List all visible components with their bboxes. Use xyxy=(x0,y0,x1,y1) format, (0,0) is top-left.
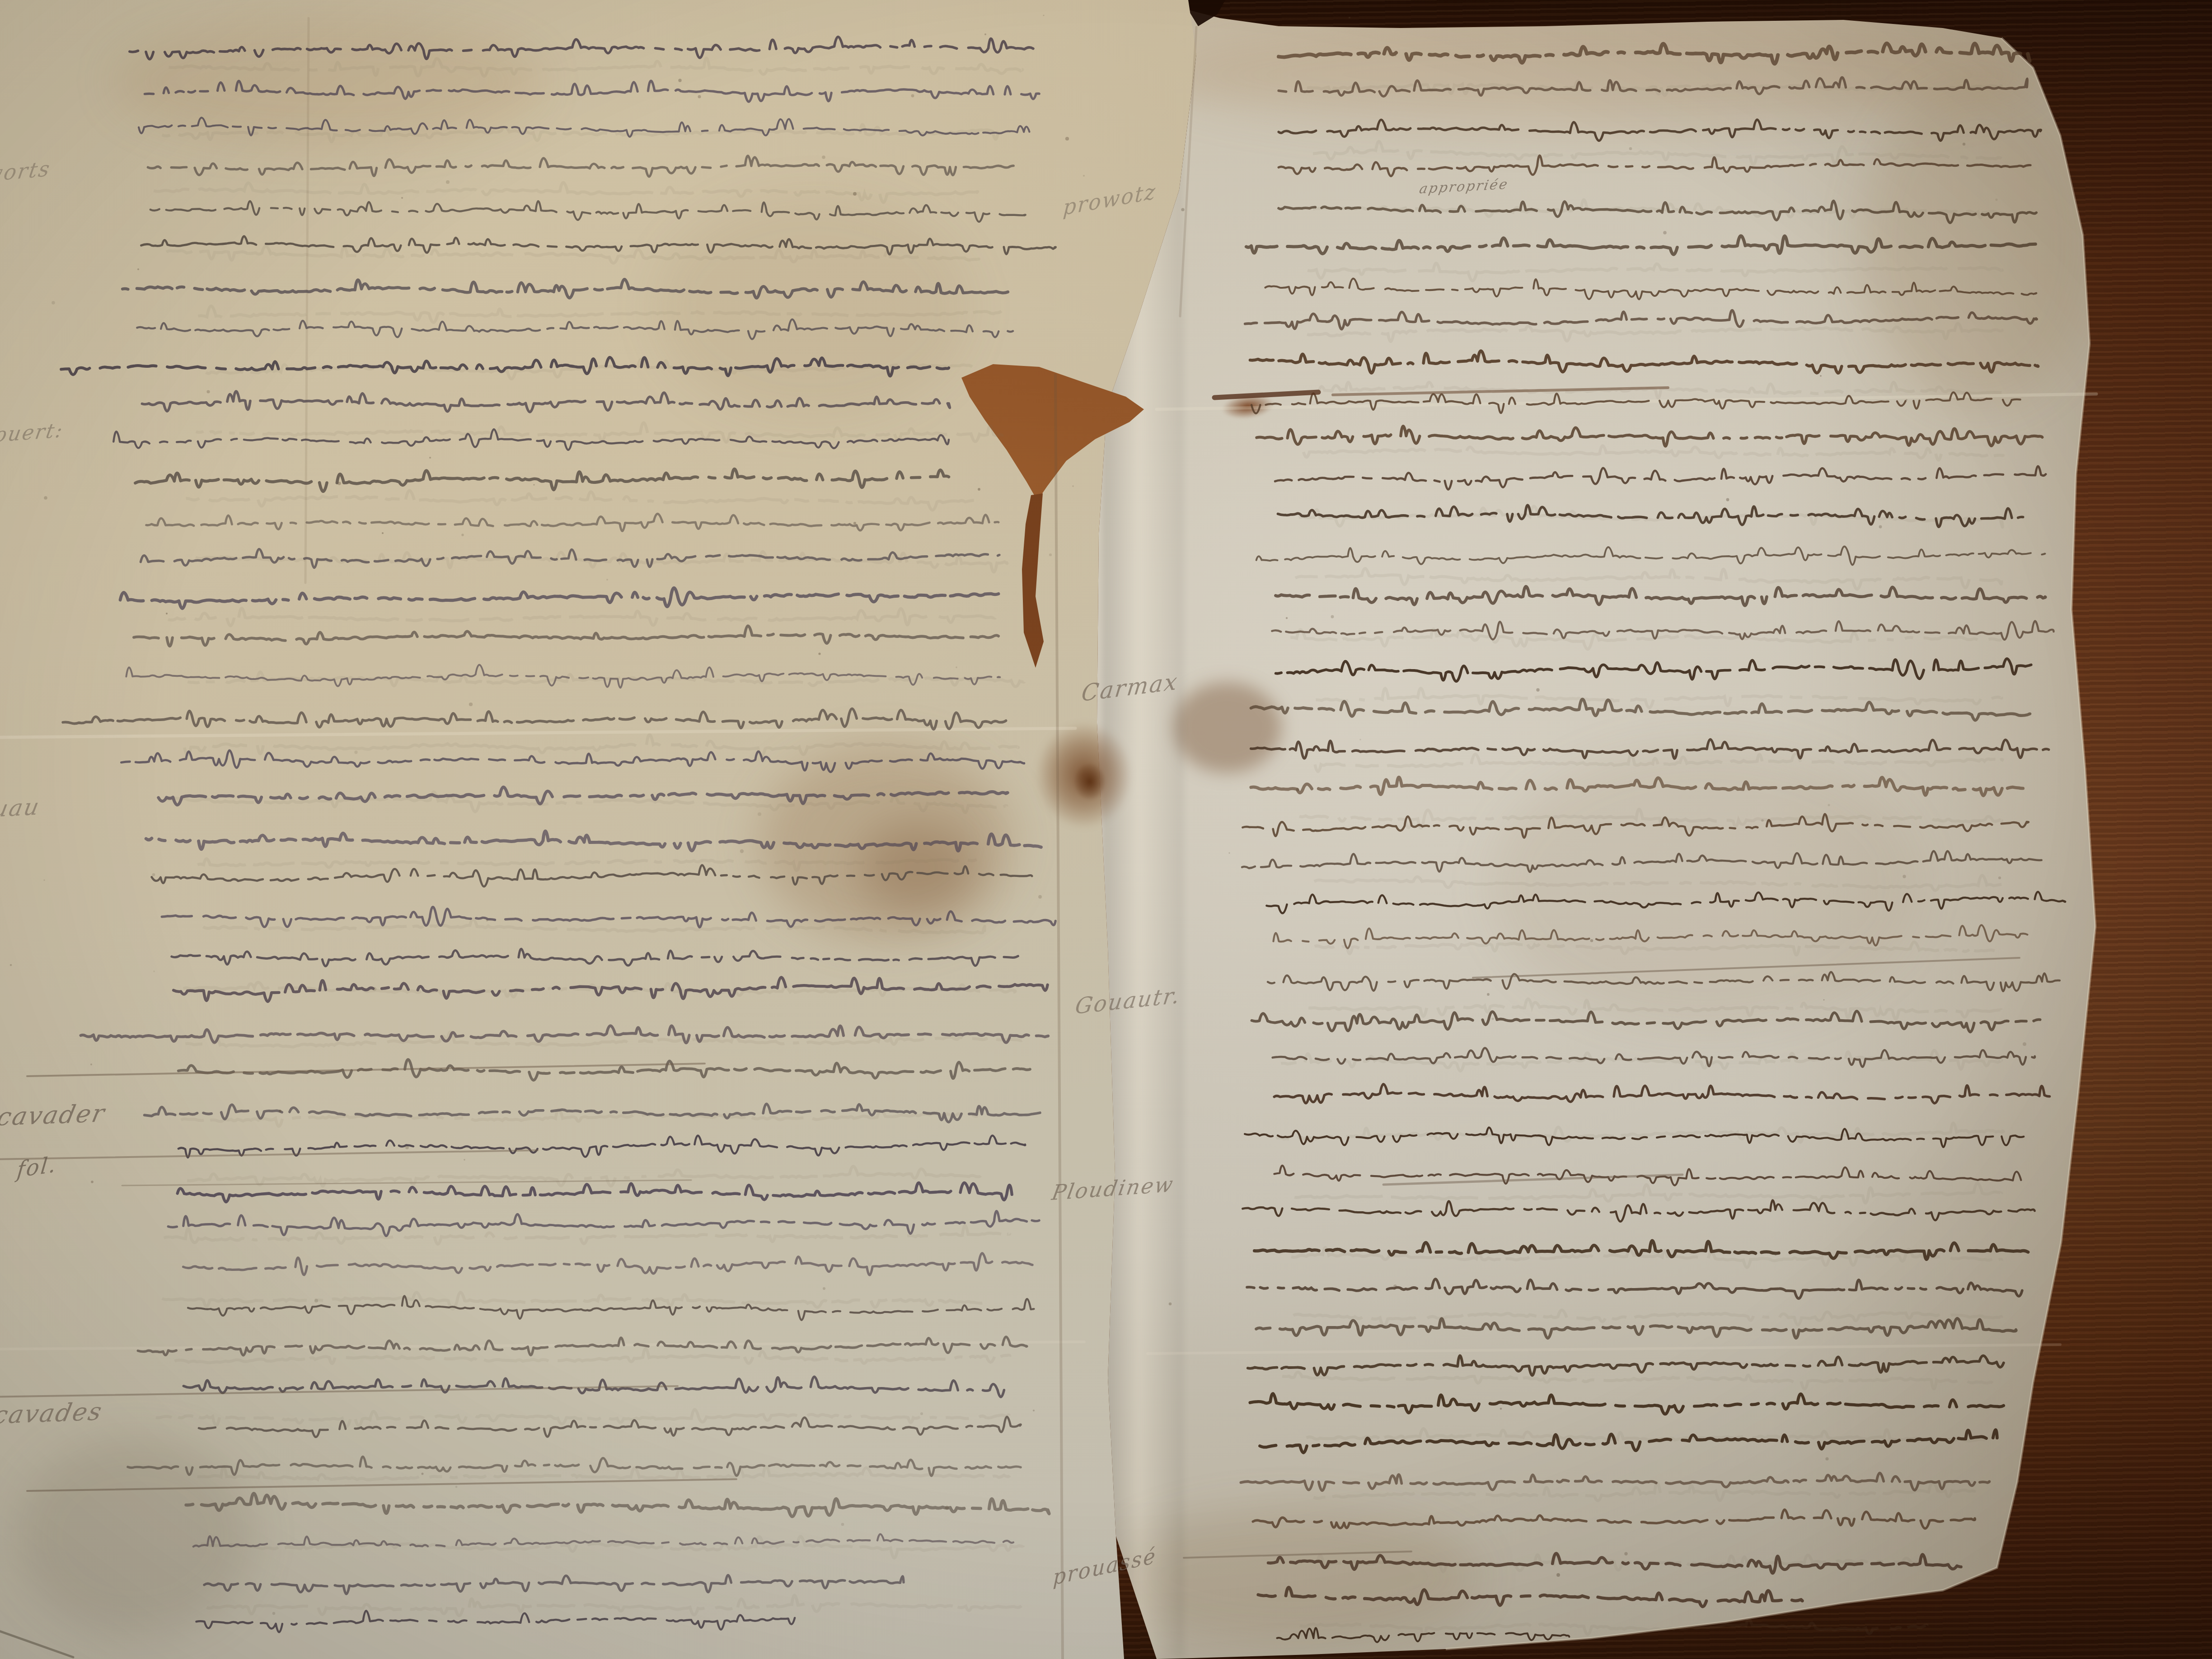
handwriting-line xyxy=(152,865,1032,886)
handwriting-right-page xyxy=(1241,43,2065,1642)
fold-crease xyxy=(1180,27,1196,316)
bleedthrough-line xyxy=(1313,141,2001,165)
ink-speck xyxy=(698,95,701,98)
handwriting-line xyxy=(1242,851,2042,872)
handwriting-line xyxy=(1245,310,2037,329)
ink-speck xyxy=(464,1159,465,1161)
handwriting-line xyxy=(1258,1587,1803,1607)
ink-speck xyxy=(405,1146,409,1149)
handwriting-line xyxy=(134,626,998,646)
ink-speck xyxy=(354,750,357,754)
ink-speck xyxy=(1828,804,1830,806)
ink-speck xyxy=(1169,1303,1172,1305)
ink-speck xyxy=(740,849,744,853)
bleedthrough-line xyxy=(196,423,1003,442)
ink-speck xyxy=(956,666,957,668)
ink-speck xyxy=(44,496,47,500)
handwriting-line xyxy=(113,429,949,450)
ink-speck xyxy=(1487,993,1490,996)
handwriting-line xyxy=(1247,1279,2022,1298)
ink-speck xyxy=(1998,876,2001,879)
handwriting-line xyxy=(142,391,950,412)
ink-rule xyxy=(0,1150,538,1159)
handwriting-line xyxy=(145,1104,1040,1122)
bleedthrough-line xyxy=(1307,1429,1985,1441)
margin-note-prowotz: prowotz xyxy=(1062,179,1157,220)
bleedthrough-line xyxy=(164,1225,1010,1244)
margin-note-carmax: Carmax xyxy=(1080,668,1180,707)
bleedthrough-line xyxy=(162,125,998,142)
ink-speck xyxy=(1228,852,1230,853)
ink-speck xyxy=(152,873,155,876)
ink-speck xyxy=(1296,788,1299,792)
handwriting-line xyxy=(141,549,999,567)
margin-note-uau: uau xyxy=(0,793,42,822)
ink-speck xyxy=(1397,598,1400,601)
ink-speck xyxy=(1906,399,1907,401)
handwriting-line xyxy=(1250,1394,2004,1414)
handwriting-line xyxy=(1274,925,2028,948)
handwriting-line xyxy=(148,156,1013,177)
bleedthrough-line xyxy=(1316,688,2001,708)
handwriting-line xyxy=(146,831,1041,851)
handwriting-line xyxy=(178,1183,1012,1202)
ink-speck xyxy=(984,33,986,35)
bleedthrough-line xyxy=(198,306,1002,323)
ink-speck xyxy=(2023,1042,2026,1046)
bleedthrough-line xyxy=(1308,263,2002,281)
ink-speck xyxy=(1331,615,1334,619)
ink-speck xyxy=(1181,208,1184,211)
ink-speck xyxy=(373,987,377,991)
ink-speck xyxy=(1491,1017,1494,1020)
bleedthrough-line xyxy=(197,859,977,871)
ink-speck xyxy=(43,879,45,881)
bleedthrough-line xyxy=(186,491,974,510)
bleedthrough-line xyxy=(203,919,985,933)
ink-speck xyxy=(166,613,168,614)
margin-note-scavades: scavades xyxy=(0,1397,106,1430)
ink-speck xyxy=(1663,231,1667,234)
handwriting-line xyxy=(121,750,1024,772)
ink-speck xyxy=(1500,1408,1502,1410)
ink-speck xyxy=(1996,199,1998,201)
ink-speck xyxy=(1038,895,1042,899)
handwriting-line xyxy=(122,279,1008,298)
ink-speck xyxy=(272,1612,275,1615)
ink-speck xyxy=(823,1287,825,1290)
handwriting-line xyxy=(1276,586,2046,605)
ink-speck xyxy=(10,964,12,966)
ink-rule xyxy=(27,1064,705,1076)
margin-note-worts: worts xyxy=(0,157,52,187)
handwriting-line xyxy=(145,81,1039,102)
ink-speck xyxy=(422,1473,424,1475)
bleedthrough-line xyxy=(156,1410,1009,1427)
handwriting-line xyxy=(1276,659,2031,681)
handwriting-line xyxy=(183,1253,1033,1275)
ink-speck xyxy=(1903,875,1906,878)
handwriting-line xyxy=(130,37,1033,59)
ink-speck xyxy=(206,390,210,393)
ink-speck xyxy=(853,522,856,525)
handwriting-line xyxy=(135,469,949,492)
handwriting-line xyxy=(1260,1430,1997,1453)
handwriting-line xyxy=(1241,1473,1989,1490)
ink-speck xyxy=(279,1110,281,1112)
bleedthrough-line xyxy=(1307,323,2002,342)
handwriting-line xyxy=(1279,43,2029,64)
ink-speck xyxy=(429,457,431,459)
ink-speck xyxy=(1963,143,1965,145)
paper-crease xyxy=(1148,1345,2060,1354)
bleedthrough-line xyxy=(1308,999,2001,1019)
ink-speck xyxy=(1286,617,1288,619)
handwriting-line xyxy=(173,977,1048,1002)
handwriting-line xyxy=(63,709,1006,730)
ink-speck xyxy=(841,1523,844,1526)
handwriting-line xyxy=(1279,120,2041,141)
ink-rule xyxy=(1473,958,2020,978)
ink-speck xyxy=(822,155,825,159)
handwriting-line xyxy=(178,1059,1030,1080)
bleedthrough-line xyxy=(168,608,995,626)
ink-speck xyxy=(1049,553,1052,556)
handwriting-line xyxy=(204,1575,904,1594)
ink-rule xyxy=(1214,392,1318,398)
handwriting-line xyxy=(141,236,1056,254)
handwriting-line xyxy=(1277,1628,1570,1642)
handwriting-line xyxy=(1268,972,2060,991)
ink-speck xyxy=(1726,498,1729,501)
ink-speck xyxy=(1033,1410,1035,1411)
handwriting-line xyxy=(1279,155,2030,176)
handwriting-line xyxy=(137,319,1013,339)
ink-speck xyxy=(911,94,914,98)
ink-speck xyxy=(337,482,341,485)
handwriting-line xyxy=(150,201,1026,222)
handwriting-line xyxy=(1256,1318,2016,1338)
handwriting-line xyxy=(1279,201,2036,223)
handwriting-line xyxy=(61,357,949,376)
bleedthrough-line xyxy=(1282,1372,1993,1389)
handwriting-line xyxy=(1252,1011,2040,1032)
handwriting-line xyxy=(1248,1355,2004,1375)
margin-note-ploudinew: Ploudinew xyxy=(1050,1172,1176,1205)
handwriting-line xyxy=(1250,351,2038,373)
bleedthrough-line xyxy=(1315,754,2003,772)
handwriting-line xyxy=(1256,546,2045,565)
handwriting-line xyxy=(186,1493,1049,1516)
ink-speck xyxy=(1820,375,1822,377)
ink-speck xyxy=(818,652,820,655)
ink-speck xyxy=(1359,739,1361,740)
ink-speck xyxy=(1256,1250,1260,1253)
bleedthrough-line xyxy=(1281,1050,2001,1071)
handwriting-line xyxy=(1275,466,2046,490)
handwriting-line xyxy=(120,588,998,609)
handwriting-line xyxy=(1274,1084,2049,1103)
ink-speck xyxy=(461,534,464,536)
ink-speck xyxy=(486,919,488,922)
bleedthrough-line xyxy=(1303,445,2003,460)
handwriting-line xyxy=(168,1211,1039,1236)
margin-note-ouert: ouert: xyxy=(0,418,66,447)
ink-speck xyxy=(90,1064,92,1065)
ink-rule xyxy=(27,1479,736,1491)
handwriting-line xyxy=(1251,740,2049,759)
ink-speck xyxy=(758,812,761,816)
handwriting-line xyxy=(146,514,998,531)
ink-speck xyxy=(1879,525,1882,529)
ink-speck xyxy=(137,268,139,270)
ink-speck xyxy=(1065,137,1069,141)
ink-speck xyxy=(1393,1284,1397,1288)
ink-speck xyxy=(314,1299,318,1303)
handwriting-line xyxy=(1256,426,2042,446)
ink-speck xyxy=(1825,1457,1828,1460)
ink-speck xyxy=(853,192,857,196)
ink-speck xyxy=(1590,939,1593,942)
handwriting-line xyxy=(1273,1048,2035,1067)
handwriting-line xyxy=(1246,236,2035,254)
ink-speck xyxy=(52,301,55,305)
handwriting-line xyxy=(1266,892,2065,913)
handwriting-line xyxy=(1251,392,2020,413)
bleedthrough-line xyxy=(174,1349,1010,1364)
ink-speck xyxy=(382,532,384,534)
handwriting-layer: wortsouert:uauscavaderfol.scavadesprowot… xyxy=(0,0,2212,1659)
handwriting-line xyxy=(1245,1128,2024,1147)
ink-speck xyxy=(469,703,473,706)
ink-speck xyxy=(678,79,681,82)
ink-speck xyxy=(1823,999,1825,1001)
ink-speck xyxy=(533,484,534,485)
ink-speck xyxy=(920,1412,923,1415)
margin-note-gouautr: Gouautr. xyxy=(1073,983,1182,1019)
paper-crease xyxy=(0,728,1075,737)
ink-rule xyxy=(0,1626,73,1657)
ink-speck xyxy=(1624,1552,1627,1555)
handwriting-line xyxy=(162,907,1055,927)
ink-speck xyxy=(1395,55,1397,56)
ink-speck xyxy=(1556,1573,1560,1577)
bleedthrough-line xyxy=(1295,568,2001,589)
manuscript-photo: wortsouert:uauscavaderfol.scavadesprowot… xyxy=(0,0,2212,1659)
bleedthrough-line xyxy=(169,58,1022,76)
bleedthrough-line xyxy=(1299,506,2003,527)
bleedthrough-writing xyxy=(154,58,2004,1637)
handwriting-line xyxy=(197,1611,795,1632)
bleedthrough-line xyxy=(1314,875,2001,890)
margin-note-fol: fol. xyxy=(14,1152,58,1183)
ink-speck xyxy=(1536,688,1539,691)
margin-note-scavader: scavader xyxy=(0,1099,108,1132)
handwriting-line xyxy=(1251,777,2023,796)
handwriting-line xyxy=(1265,279,2037,300)
bleedthrough-line xyxy=(1293,1310,2002,1326)
handwriting-line xyxy=(138,1337,1027,1355)
ink-speck xyxy=(1349,17,1350,19)
ink-speck xyxy=(91,1181,94,1183)
bleedthrough-line xyxy=(1294,1183,2001,1203)
bleedthrough-line xyxy=(207,1595,1022,1616)
ink-speck xyxy=(446,180,450,184)
ink-speck xyxy=(153,970,155,972)
handwriting-line xyxy=(1251,699,2030,721)
margin-note-prouass: prouassé xyxy=(1053,1544,1157,1591)
ink-speck xyxy=(1083,175,1085,177)
ink-speck xyxy=(978,488,980,491)
ink-speck xyxy=(606,579,608,581)
ink-speck xyxy=(455,1486,458,1488)
ink-speck xyxy=(1761,819,1764,822)
fold-crease xyxy=(1055,375,1063,1659)
bleedthrough-line xyxy=(184,735,1018,756)
handwriting-line xyxy=(1253,1510,1975,1529)
bleedthrough-line xyxy=(1313,1483,1974,1501)
handwriting-line xyxy=(1242,1200,2034,1222)
ink-speck xyxy=(1629,147,1632,150)
bleedthrough-line xyxy=(1315,942,1995,955)
ink-speck xyxy=(1072,485,1074,487)
ink-speck xyxy=(1043,14,1044,16)
ink-speck xyxy=(1774,1253,1777,1256)
bleedthrough-line xyxy=(166,246,979,263)
ink-speck xyxy=(945,1506,949,1510)
handwriting-line xyxy=(172,949,1018,966)
margin-note-approprie: appropriée xyxy=(1418,177,1510,197)
ink-speck xyxy=(401,197,403,199)
